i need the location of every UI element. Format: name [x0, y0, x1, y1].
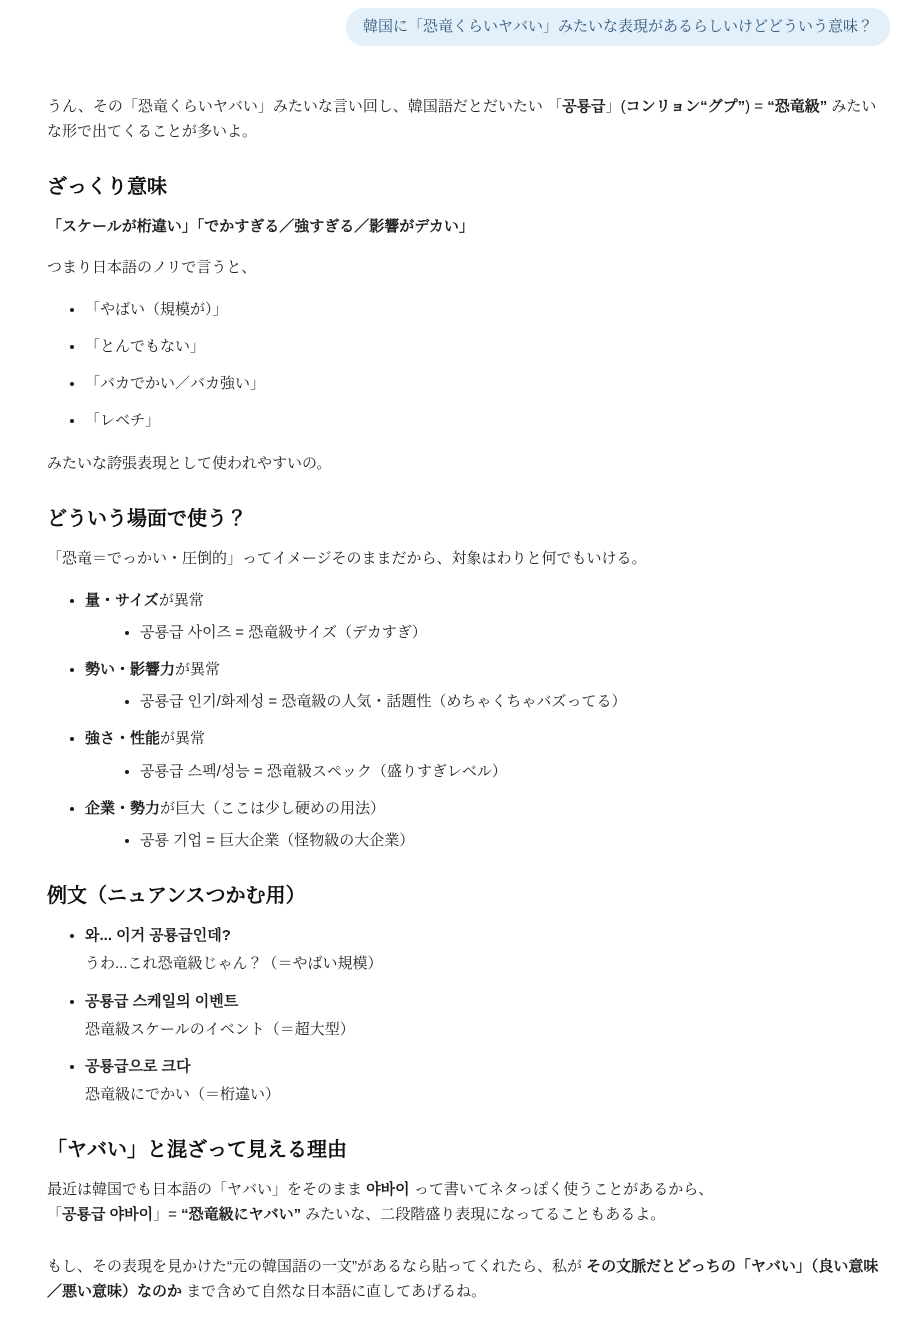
usage-item: 勢い・影響力が異常 공룡급 인기/화제성 = 恐竜級の人気・話題性（めちゃくちゃ…	[85, 657, 890, 714]
usage-sub-item: 공룡 기업 = 巨大企業（怪物級の大企業）	[140, 828, 890, 853]
usage-item-head: 企業・勢力	[85, 800, 160, 817]
usage-item-head: 強さ・性能	[85, 730, 160, 747]
intro-paragraph: うん、その「恐竜くらいヤバい」みたいな言い回し、韓国語だとだいたい 「공룡급」(…	[47, 94, 890, 144]
list-item-text: 「やばい（規模が）」	[85, 301, 228, 318]
meaning-lead: つまり日本語のノリで言うと、	[47, 255, 890, 280]
example-korean: 공룡급으로 크다	[85, 1054, 890, 1079]
yabai-korean-phrase: 공룡급 야바이	[62, 1206, 153, 1223]
usage-item-rest: が異常	[159, 592, 204, 609]
usage-sub-list: 공룡 기업 = 巨大企業（怪物級の大企業）	[85, 828, 890, 853]
usage-item: 強さ・性能が異常 공룡급 스펙/성능 = 恐竜級スペック（盛りすぎレベル）	[85, 726, 890, 783]
assistant-message: うん、その「恐竜くらいヤバい」みたいな言い回し、韓国語だとだいたい 「공룡급」(…	[47, 94, 890, 1304]
usage-sub-list: 공룡급 사이즈 = 恐竜級サイズ（デカすぎ）	[85, 620, 890, 645]
usage-sub-text: 공룡급 스펙/성능 = 恐竜級スペック（盛りすぎレベル）	[140, 763, 507, 780]
meaning-bullet-list: 「やばい（規模が）」 「とんでもない」 「バカでかい／バカ強い」 「レベチ」	[47, 297, 890, 434]
user-message-row: 韓国に「恐竜くらいヤバい」みたいな表現があるらしいけどどういう意味？	[47, 8, 890, 46]
intro-text: うん、その「恐竜くらいヤバい」みたいな言い回し、韓国語だとだいたい 「	[47, 98, 562, 115]
list-item-text: 「レベチ」	[85, 412, 160, 429]
intro-korean-term: 공룡급	[562, 98, 605, 115]
usage-item-head: 勢い・影響力	[85, 661, 175, 678]
section-heading-meaning: ざっくり意味	[47, 174, 890, 200]
yabai-text: 」=	[153, 1206, 181, 1223]
usage-sub-list: 공룡급 스펙/성능 = 恐竜級スペック（盛りすぎレベル）	[85, 759, 890, 784]
usage-sub-item: 공룡급 스펙/성능 = 恐竜級スペック（盛りすぎレベル）	[140, 759, 890, 784]
list-item: 「やばい（規模が）」	[85, 297, 890, 322]
user-message-bubble: 韓国に「恐竜くらいヤバい」みたいな表現があるらしいけどどういう意味？	[346, 8, 890, 46]
yabai-text: って書いてネタっぽく使うことがあるから、	[410, 1181, 714, 1198]
meaning-bold-line: 「スケールが桁違い」「でかすぎる／強すぎる／影響がデカい」	[47, 214, 890, 239]
usage-sub-item: 공룡급 사이즈 = 恐竜級サイズ（デカすぎ）	[140, 620, 890, 645]
usage-item: 量・サイズが異常 공룡급 사이즈 = 恐竜級サイズ（デカすぎ）	[85, 588, 890, 645]
intro-translation: “恐竜級”	[767, 98, 827, 115]
usage-item-rest: が異常	[175, 661, 220, 678]
usage-sub-list: 공룡급 인기/화제성 = 恐竜級の人気・話題性（めちゃくちゃバズってる）	[85, 689, 890, 714]
usage-sub-text: 공룡급 사이즈 = 恐竜級サイズ（デカすぎ）	[140, 624, 427, 641]
intro-reading: コンリョン“グプ”	[626, 98, 746, 115]
usage-sub-text: 공룡급 인기/화제성 = 恐竜級の人気・話題性（めちゃくちゃバズってる）	[140, 693, 627, 710]
closing-text: まで含めて自然な日本語に直してあげるね。	[182, 1283, 486, 1300]
meaning-outro: みたいな誇張表現として使われやすいの。	[47, 451, 890, 476]
usage-item-rest: が異常	[160, 730, 205, 747]
chat-page: 韓国に「恐竜くらいヤバい」みたいな表現があるらしいけどどういう意味？ うん、その…	[0, 0, 904, 1344]
example-japanese: うわ...これ恐竜級じゃん？（＝やばい規模）	[85, 951, 890, 976]
yabai-text: 最近は韓国でも日本語の「ヤバい」をそのまま	[47, 1181, 366, 1198]
example-item: 공룡급으로 크다 恐竜級にでかい（＝桁違い）	[85, 1054, 890, 1107]
example-item: 와... 이거 공룡급인데? うわ...これ恐竜級じゃん？（＝やばい規模）	[85, 923, 890, 976]
usage-sub-text: 공룡 기업 = 巨大企業（怪物級の大企業）	[140, 832, 414, 849]
example-japanese: 恐竜級スケールのイベント（＝超大型）	[85, 1017, 890, 1042]
yabai-translation: “恐竜級にヤバい”	[181, 1206, 301, 1223]
closing-paragraph: もし、その表現を見かけた“元の韓国語の一文”があるなら貼ってくれたら、私が その…	[47, 1254, 890, 1304]
yabai-text: みたいな、二段階盛り表現になってることもあるよ。	[301, 1206, 665, 1223]
usage-list: 量・サイズが異常 공룡급 사이즈 = 恐竜級サイズ（デカすぎ） 勢い・影響力が異…	[47, 588, 890, 854]
yabai-paragraph: 最近は韓国でも日本語の「ヤバい」をそのまま 야바이 って書いてネタっぽく使うこと…	[47, 1177, 890, 1227]
section-heading-examples: 例文（ニュアンスつかむ用）	[47, 883, 890, 909]
examples-list: 와... 이거 공룡급인데? うわ...これ恐竜級じゃん？（＝やばい規模） 공룡…	[47, 923, 890, 1107]
section-heading-usage: どういう場面で使う？	[47, 506, 890, 532]
yabai-korean-word: 야바이	[366, 1181, 409, 1198]
example-korean: 공룡급 스케일의 이벤트	[85, 989, 890, 1014]
intro-text: 」(	[606, 98, 626, 115]
example-japanese: 恐竜級にでかい（＝桁違い）	[85, 1082, 890, 1107]
yabai-text: 「	[47, 1206, 62, 1223]
list-item: 「とんでもない」	[85, 334, 890, 359]
usage-item: 企業・勢力が巨大（ここは少し硬めの用法） 공룡 기업 = 巨大企業（怪物級の大企…	[85, 796, 890, 853]
section-heading-yabai: 「ヤバい」と混ざって見える理由	[47, 1137, 890, 1163]
list-item: 「レベチ」	[85, 408, 890, 433]
list-item: 「バカでかい／バカ強い」	[85, 371, 890, 396]
usage-sub-item: 공룡급 인기/화제성 = 恐竜級の人気・話題性（めちゃくちゃバズってる）	[140, 689, 890, 714]
usage-item-rest: が巨大（ここは少し硬めの用法）	[160, 800, 385, 817]
usage-item-head: 量・サイズ	[85, 592, 159, 609]
intro-text: ) =	[745, 98, 767, 115]
list-item-text: 「とんでもない」	[85, 338, 205, 355]
example-item: 공룡급 스케일의 이벤트 恐竜級スケールのイベント（＝超大型）	[85, 989, 890, 1042]
example-korean: 와... 이거 공룡급인데?	[85, 923, 890, 948]
closing-text: もし、その表現を見かけた“元の韓国語の一文”があるなら貼ってくれたら、私が	[47, 1258, 586, 1275]
usage-lead: 「恐竜＝でっかい・圧倒的」ってイメージそのままだから、対象はわりと何でもいける。	[47, 546, 890, 571]
list-item-text: 「バカでかい／バカ強い」	[85, 375, 265, 392]
